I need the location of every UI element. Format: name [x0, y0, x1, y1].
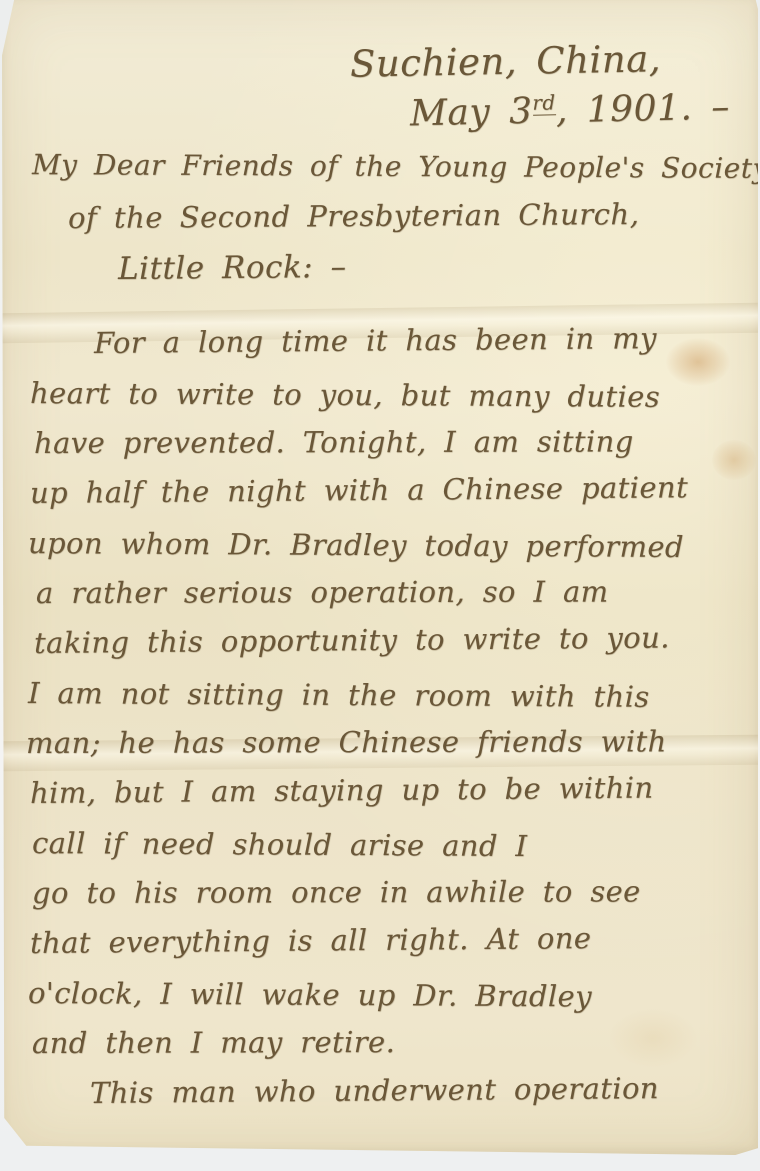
date-prefix: May 3: [410, 91, 533, 135]
body-line: heart to write to you, but many duties: [30, 368, 750, 422]
letter-page: Suchien, China, May 3rd, 1901. – My Dear…: [2, 0, 758, 1155]
body-line: man; he has some Chinese friends with: [26, 716, 750, 768]
body-line: that everything is all right. At one: [30, 912, 750, 968]
body-line: up half the night with a Chinese patient: [30, 462, 750, 518]
letter-text: Suchien, China, May 3rd, 1901. – My Dear…: [2, 0, 758, 1155]
body-line: have prevented. Tonight, I am sitting: [34, 416, 750, 468]
body-line: go to his room once in awhile to see: [32, 866, 750, 918]
body-line: I am not sitting in the room with this: [28, 668, 750, 722]
date-ordinal: rd: [532, 90, 556, 115]
body-line: taking this opportunity to write to you.: [34, 612, 750, 668]
body-line: a rather serious operation, so I am: [36, 566, 750, 618]
body-line: call if need should arise and I: [32, 818, 750, 872]
salutation-line: of the Second Presbyterian Church,: [68, 197, 640, 235]
date-suffix: , 1901. –: [555, 87, 730, 132]
salutation-line: Little Rock: –: [118, 249, 347, 287]
letter-body: For a long time it has been in my heart …: [26, 318, 750, 1118]
body-line: and then I may retire.: [32, 1016, 750, 1068]
location-line: Suchien, China,: [350, 37, 662, 85]
body-line: him, but I am staying up to be within: [30, 762, 750, 818]
salutation-line: My Dear Friends of the Young People's So…: [32, 148, 760, 185]
body-line: o'clock, I will wake up Dr. Bradley: [28, 968, 750, 1022]
scan-background: Suchien, China, May 3rd, 1901. – My Dear…: [0, 0, 760, 1171]
body-line: For a long time it has been in my: [94, 312, 750, 368]
date-line: May 3rd, 1901. –: [410, 87, 731, 135]
body-line: upon whom Dr. Bradley today performed: [28, 518, 750, 572]
body-line: This man who underwent operation: [90, 1062, 750, 1118]
